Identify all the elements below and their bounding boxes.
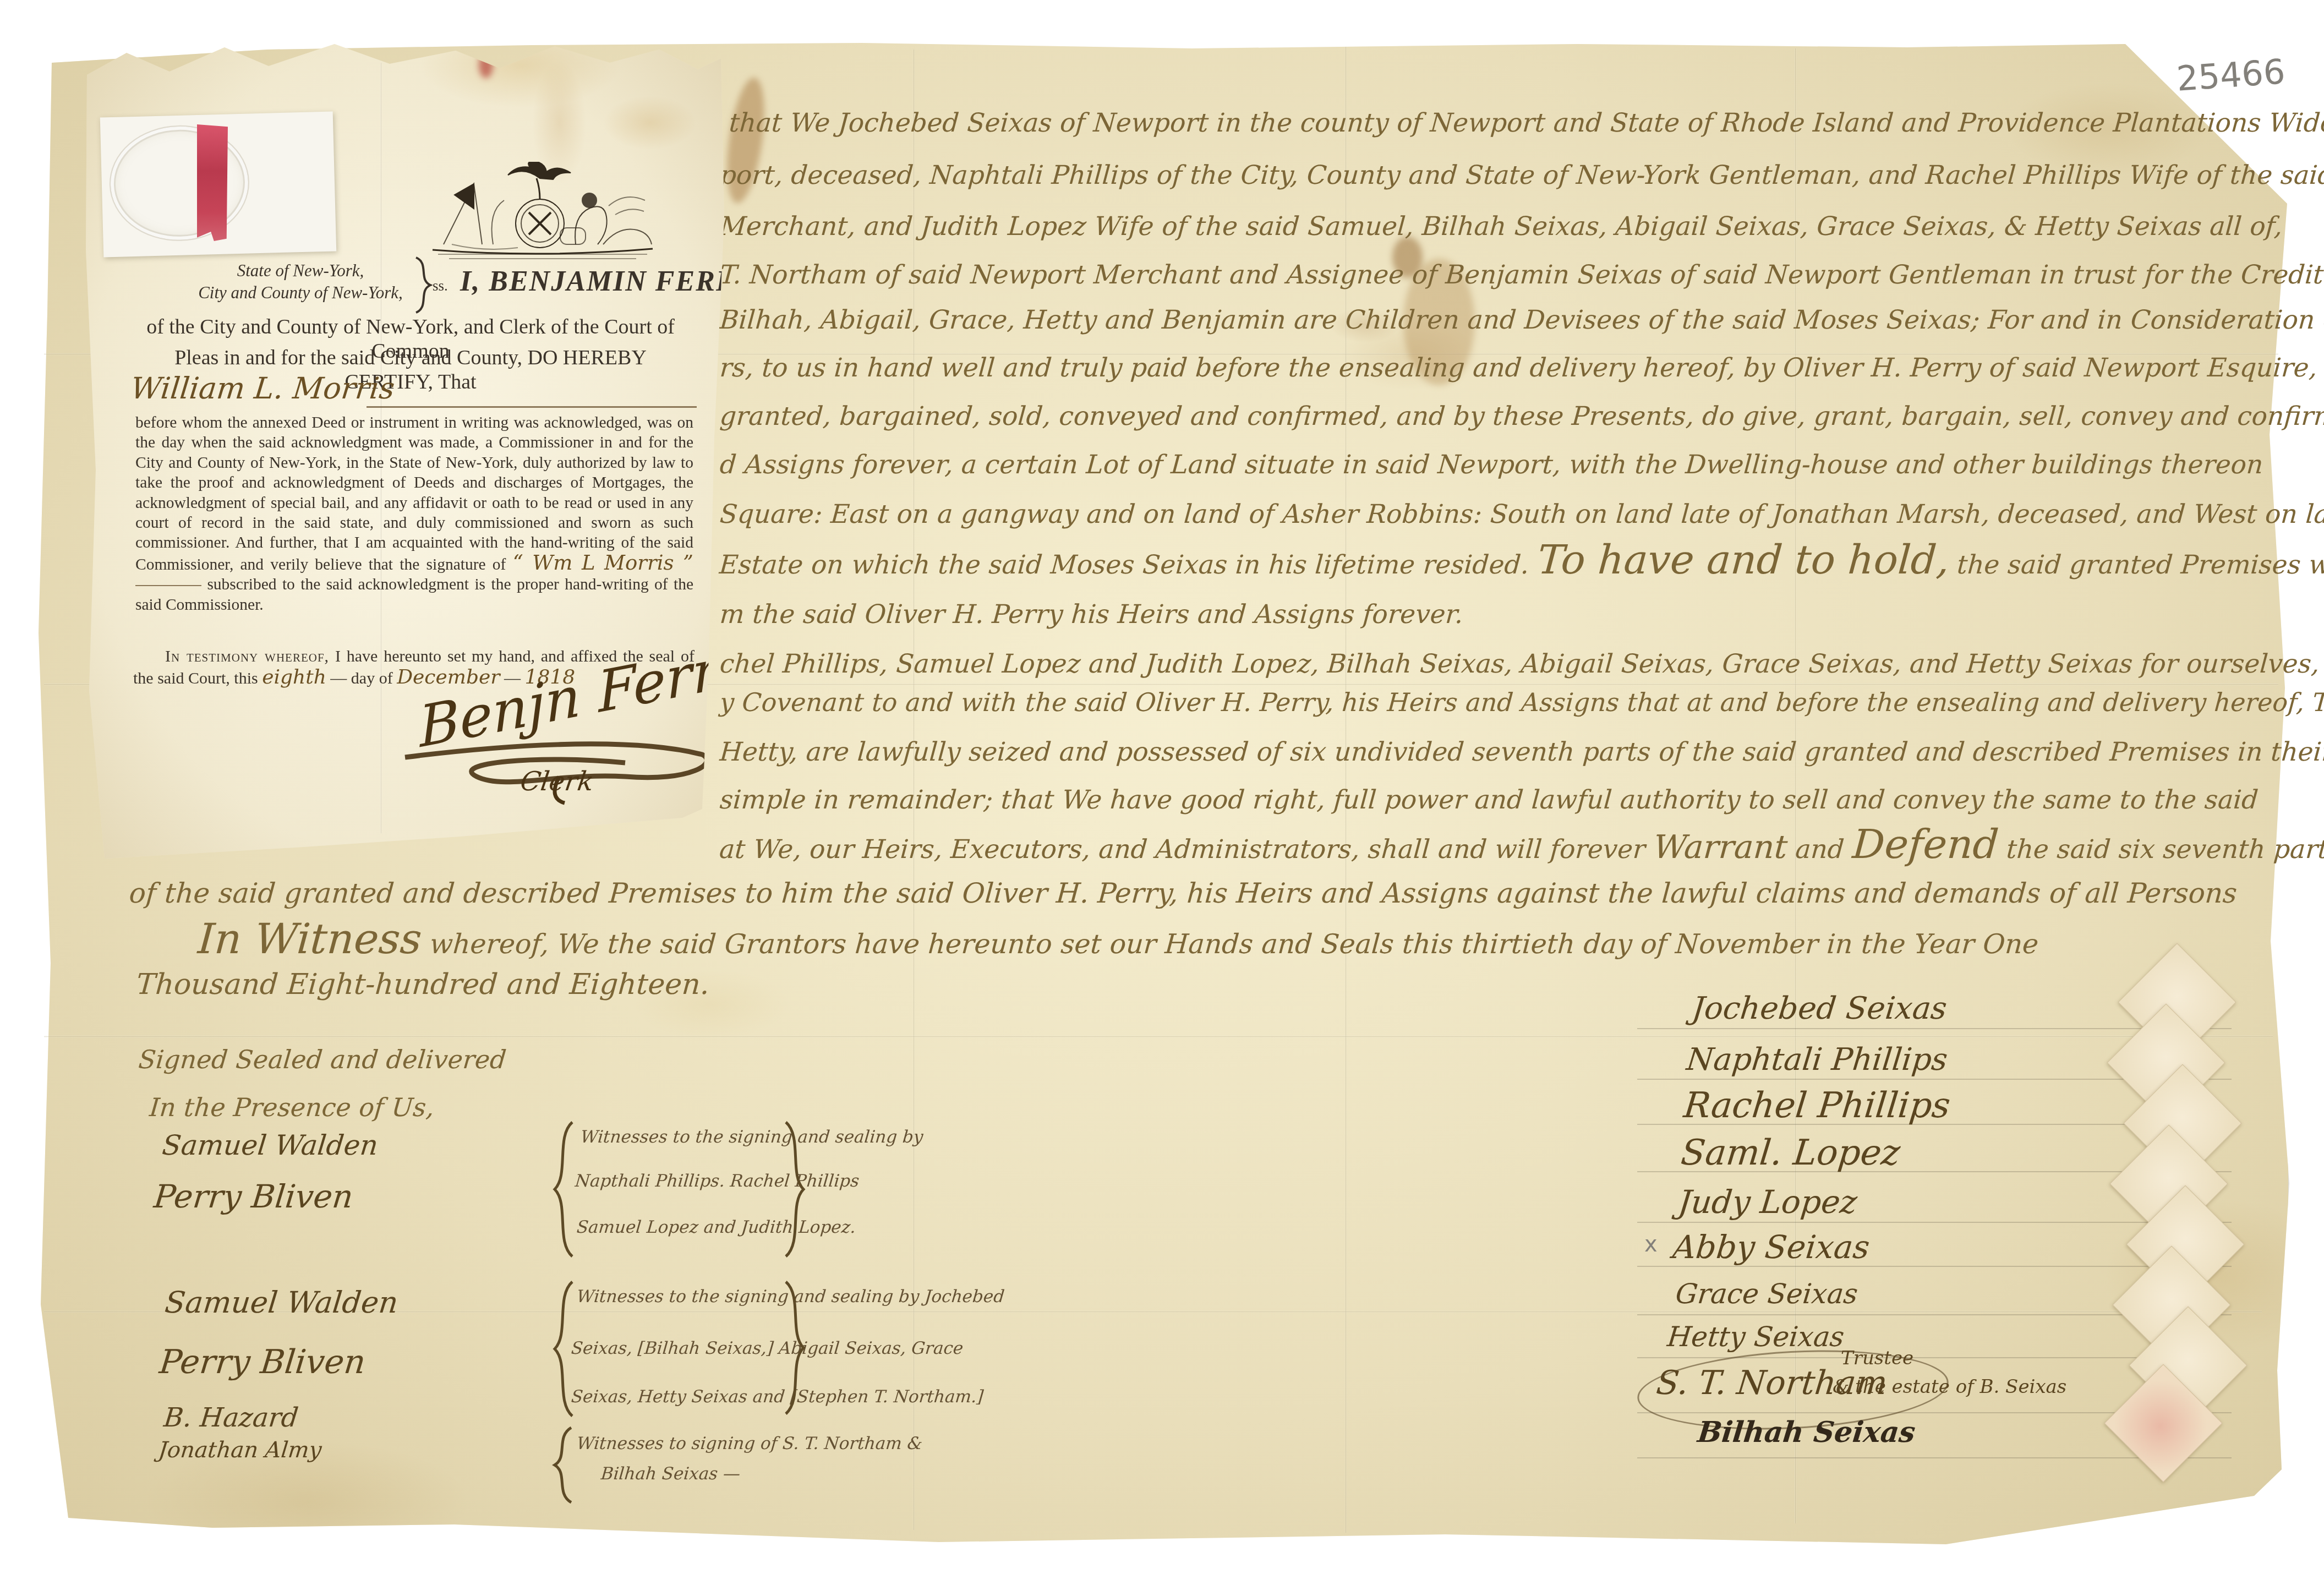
photograph-of-deed: 25466 that We Jochebed Seixas of Newport… bbox=[0, 0, 2324, 1585]
witness-signature: Perry Bliven bbox=[152, 1178, 355, 1215]
day-handwritten: eighth bbox=[262, 666, 326, 688]
deed-text-line: d Assigns forever, a certain Lot of Land… bbox=[719, 450, 2264, 480]
deed-text-line: at We, our Heirs, Executors, and Adminis… bbox=[718, 821, 2324, 868]
presence-line: In the Presence of Us, bbox=[149, 1092, 436, 1122]
grantor-signature: Rachel Phillips bbox=[1682, 1085, 1952, 1126]
witness-signature: Perry Bliven bbox=[157, 1343, 367, 1381]
witness-note: Napthali Phillips. Rachel Phillips bbox=[574, 1171, 860, 1191]
county-line: City and County of New-York, bbox=[179, 282, 422, 304]
certificate-body: before whom the annexed Deed or instrume… bbox=[135, 413, 693, 615]
witness-note: Bilhah Seixas — bbox=[600, 1464, 741, 1484]
ss-abbrev: ss. bbox=[433, 277, 448, 294]
deed-text-line: Hetty, are lawfully seized and possessed… bbox=[719, 737, 2324, 767]
witness-note: Samuel Lopez and Judith Lopez. bbox=[576, 1217, 856, 1237]
witness-signature: Samuel Walden bbox=[163, 1285, 400, 1320]
deed-text-line: that We Jochebed Seixas of Newport in th… bbox=[728, 108, 2324, 138]
ink-rule bbox=[135, 585, 201, 586]
ink-rule bbox=[367, 406, 697, 408]
commissioner-name-handwritten: William L. Morris bbox=[129, 371, 396, 406]
witness-note: Seixas, [Bilhah Seixas,] Abigail Seixas,… bbox=[570, 1338, 964, 1358]
deed-text-line: Thousand Eight-hundred and Eighteen. bbox=[135, 968, 710, 1001]
witness-note: Seixas, Hetty Seixas and [Stephen T. Nor… bbox=[570, 1387, 984, 1407]
deed-text-line: granted, bargained, sold, conveyed and c… bbox=[719, 401, 2324, 431]
deed-text-line: simple in remainder; that We have good r… bbox=[719, 785, 2259, 815]
deed-text-line: Bilhah, Abigail, Grace, Hetty and Benjam… bbox=[719, 305, 2324, 335]
brace-icon bbox=[414, 256, 433, 314]
fold-crease bbox=[44, 1036, 2273, 1037]
deed-text-line: In Witness whereof, We the said Grantors… bbox=[196, 915, 2041, 963]
deed-text-line: Square: East on a gangway and on land of… bbox=[719, 499, 2324, 529]
deed-text-line: chel Phillips, Samuel Lopez and Judith L… bbox=[719, 649, 2324, 679]
northam-estate-note: & the estate of B. Seixas bbox=[1833, 1376, 2066, 1398]
embossed-seal bbox=[108, 124, 250, 243]
deed-text-line: rs, to us in hand well and truly paid be… bbox=[719, 353, 2324, 383]
brace-icon bbox=[784, 1280, 808, 1416]
certificate: State of New-York, City and County of Ne… bbox=[80, 41, 728, 861]
witness-note: Witnesses to signing of S. T. Northam & bbox=[576, 1434, 923, 1453]
brace-icon bbox=[550, 1120, 575, 1259]
brace-icon bbox=[551, 1426, 573, 1504]
deed-text-line: m the said Oliver H. Perry his Heirs and… bbox=[719, 599, 1464, 630]
witness-signature: Samuel Walden bbox=[161, 1129, 380, 1161]
pencil-rule bbox=[1637, 1222, 2232, 1223]
state-line: State of New-York, bbox=[179, 260, 422, 282]
witness-signature: Jonathan Almy bbox=[157, 1438, 323, 1463]
deed-text-line: of the said granted and described Premis… bbox=[128, 877, 2238, 909]
grantor-signature: Bilhah Seixas bbox=[1696, 1415, 1917, 1449]
grantor-signature: Hetty Seixas bbox=[1666, 1321, 1846, 1353]
deed-text-line: T. Northam of said Newport Merchant and … bbox=[719, 260, 2324, 290]
grantor-signature: Judy Lopez bbox=[1676, 1183, 1859, 1221]
witness-note: Witnesses to the signing and sealing by bbox=[579, 1127, 924, 1147]
certificate-region: State of New-York, City and County of Ne… bbox=[179, 260, 422, 304]
deed-text-line: Merchant, and Judith Lopez Wife of the s… bbox=[719, 211, 2283, 242]
grantor-signature: Saml. Lopez bbox=[1679, 1133, 1902, 1173]
brace-icon bbox=[550, 1280, 575, 1418]
witness-signature: B. Hazard bbox=[162, 1402, 300, 1433]
brace-icon bbox=[784, 1120, 808, 1259]
engraved-vignette bbox=[422, 162, 664, 266]
deed-text-line: Estate on which the said Moses Seixas in… bbox=[718, 537, 2324, 583]
deed-text-line: y Covenant to and with the said Oliver H… bbox=[719, 687, 2324, 717]
inline-signature: “ Wm L Morris ” bbox=[513, 551, 693, 575]
grantor-signature: Jochebed Seixas bbox=[1691, 991, 1949, 1026]
northam-trustee-note: Trustee bbox=[1841, 1347, 1913, 1369]
catalog-number: 25466 bbox=[2175, 51, 2287, 99]
grantor-signature: Grace Seixas bbox=[1674, 1278, 1860, 1310]
clerk-title: Clerk bbox=[518, 766, 595, 797]
grantor-signature: Naphtali Phillips bbox=[1685, 1042, 1950, 1078]
grantor-signature: Abby Seixas bbox=[1671, 1228, 1871, 1266]
signed-sealed-line: Signed Sealed and delivered bbox=[138, 1045, 508, 1074]
red-ribbon bbox=[197, 124, 228, 241]
pencil-x-mark: x bbox=[1644, 1232, 1658, 1257]
deed-text-line: port, deceased, Naphtali Phillips of the… bbox=[719, 160, 2324, 190]
pencil-rule bbox=[1637, 1266, 2232, 1267]
